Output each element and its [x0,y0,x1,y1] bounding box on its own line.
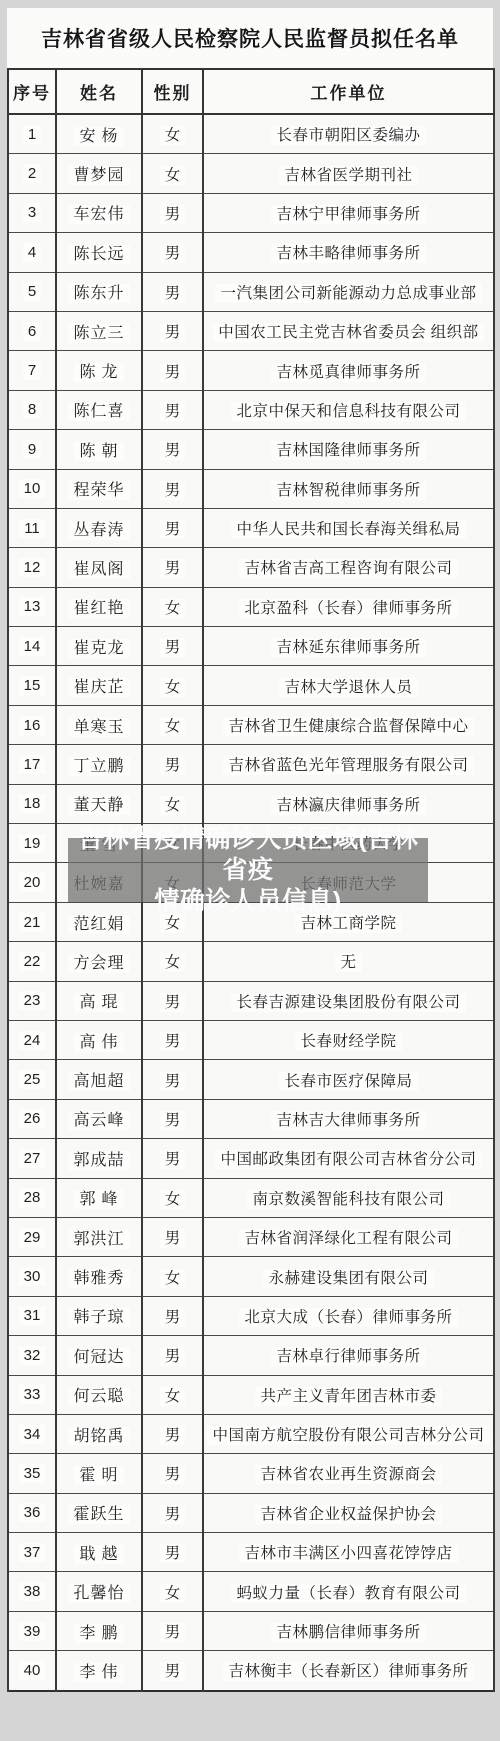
row-unit-text: 吉林工商学院 [295,914,401,933]
row-name-cell: 何冠达 [56,1336,142,1375]
row-name-cell: 车宏伟 [56,193,142,232]
row-unit-cell: 吉林市丰满区小四喜花饽饽店 [203,1533,494,1572]
row-name-text: 崔红艳 [68,599,129,618]
row-seq-text: 13 [19,597,46,616]
row-unit-cell: 吉林省吉高工程咨询有限公司 [203,548,494,587]
row-seq-cell: 29 [8,1217,56,1256]
header-unit: 工作单位 [203,69,494,114]
table-row: 5 陈东升 男 一汽集团公司新能源动力总成事业部 [8,272,494,311]
row-gender-text: 女 [160,1269,186,1288]
row-gender-cell: 男 [142,1651,203,1691]
row-seq-text: 27 [19,1149,46,1168]
row-unit-cell: 中国南方航空股份有限公司吉林分公司 [203,1414,494,1453]
row-unit-text: 吉林衡丰（长春新区）律师事务所 [223,1662,473,1681]
table-row: 4 陈长远 男 吉林丰略律师事务所 [8,233,494,272]
row-unit-cell: 吉林延东律师事务所 [203,627,494,666]
row-seq-cell: 36 [8,1493,56,1532]
row-name-cell: 崔凤阁 [56,548,142,587]
table-row: 35 霍 明 男 吉林省农业再生资源商会 [8,1454,494,1493]
row-name-cell: 高旭超 [56,1060,142,1099]
row-unit-text: 吉林吉大律师事务所 [271,1111,425,1130]
row-gender-text: 女 [160,1190,186,1209]
row-gender-cell: 女 [142,666,203,705]
row-seq-cell: 18 [8,784,56,823]
row-gender-text: 男 [160,481,186,500]
row-gender-text: 女 [160,126,186,145]
row-name-text: 郭洪江 [68,1230,129,1249]
row-seq-text: 14 [19,637,46,656]
row-name-text: 方会理 [68,954,129,973]
row-seq-cell: 13 [8,587,56,626]
row-seq-cell: 14 [8,627,56,666]
table-row: 11 丛春涛 男 中华人民共和国长春海关缉私局 [8,508,494,547]
table-row: 22 方会理 女 无 [8,942,494,981]
row-seq-text: 20 [19,873,46,892]
row-gender-cell: 男 [142,1099,203,1138]
row-gender-text: 男 [160,1308,186,1327]
row-name-cell: 方会理 [56,942,142,981]
row-seq-cell: 26 [8,1099,56,1138]
table-row: 32 何冠达 男 吉林卓行律师事务所 [8,1336,494,1375]
row-gender-cell: 男 [142,272,203,311]
row-seq-text: 22 [19,952,46,971]
row-unit-text: 一汽集团公司新能源动力总成事业部 [215,284,481,303]
row-name-cell: 陈东升 [56,272,142,311]
row-seq-cell: 11 [8,508,56,547]
row-name-cell: 曹梦园 [56,154,142,193]
row-seq-text: 35 [19,1464,46,1483]
row-gender-cell: 男 [142,508,203,547]
row-gender-text: 男 [160,284,186,303]
row-name-cell: 高 伟 [56,1020,142,1059]
row-gender-text: 男 [160,1465,186,1484]
row-gender-cell: 男 [142,1060,203,1099]
row-name-text: 丛春涛 [68,521,129,540]
row-seq-text: 21 [19,913,46,932]
row-gender-text: 男 [160,1229,186,1248]
row-gender-text: 女 [160,599,186,618]
table-row: 29 郭洪江 男 吉林省润泽绿化工程有限公司 [8,1217,494,1256]
row-name-cell: 董天静 [56,784,142,823]
row-gender-cell: 女 [142,784,203,823]
row-unit-cell: 吉林省蓝色光年管理服务有限公司 [203,745,494,784]
row-unit-text: 吉林省卫生健康综合监督保障中心 [223,717,473,736]
row-unit-cell: 长春市医疗保障局 [203,1060,494,1099]
table-row: 6 陈立三 男 中国农工民主党吉林省委员会 组织部 [8,311,494,350]
row-name-cell: 霍跃生 [56,1493,142,1532]
row-name-cell: 陈仁喜 [56,390,142,429]
row-name-cell: 韩子琼 [56,1296,142,1335]
row-unit-cell: 吉林宁甲律师事务所 [203,193,494,232]
row-name-text: 何冠达 [68,1348,129,1367]
row-seq-text: 24 [19,1031,46,1050]
table-header-row: 序号 姓名 性别 工作单位 [8,69,494,114]
row-name-cell: 高云峰 [56,1099,142,1138]
row-seq-cell: 2 [8,154,56,193]
row-name-cell: 戢 越 [56,1533,142,1572]
row-seq-text: 5 [23,282,41,301]
row-unit-cell: 北京盈科（长春）律师事务所 [203,587,494,626]
row-name-text: 霍跃生 [68,1505,129,1524]
row-gender-text: 女 [160,1387,186,1406]
row-seq-text: 40 [19,1661,46,1680]
row-seq-cell: 38 [8,1572,56,1611]
row-gender-text: 男 [160,1150,186,1169]
row-gender-cell: 男 [142,1296,203,1335]
table-row: 34 胡铭禹 男 中国南方航空股份有限公司吉林分公司 [8,1414,494,1453]
row-gender-text: 男 [160,1544,186,1563]
row-gender-cell: 女 [142,705,203,744]
row-unit-cell: 吉林大学退休人员 [203,666,494,705]
row-gender-cell: 男 [142,1493,203,1532]
row-name-cell: 安 杨 [56,114,142,154]
row-unit-cell: 蚂蚁力量（长春）教育有限公司 [203,1572,494,1611]
row-seq-cell: 3 [8,193,56,232]
row-unit-text: 吉林觅真律师事务所 [271,363,425,382]
watermark-overlay: 吉林省疫情确诊人员区域(吉林省疫 情确诊人员信息) [68,838,428,902]
row-seq-cell: 4 [8,233,56,272]
row-seq-text: 11 [19,519,45,538]
row-name-text: 高 琨 [74,993,123,1012]
table-row: 15 崔庆芷 女 吉林大学退休人员 [8,666,494,705]
row-seq-cell: 24 [8,1020,56,1059]
row-name-cell: 丁立鹏 [56,745,142,784]
row-seq-cell: 9 [8,430,56,469]
row-unit-text: 中国农工民主党吉林省委员会 组织部 [213,323,483,342]
row-unit-cell: 长春市朝阳区委编办 [203,114,494,154]
row-seq-cell: 15 [8,666,56,705]
row-seq-cell: 5 [8,272,56,311]
row-seq-text: 9 [23,440,41,459]
row-seq-cell: 33 [8,1375,56,1414]
row-name-text: 曹梦园 [68,166,129,185]
row-unit-cell: 共产主义青年团吉林市委 [203,1375,494,1414]
row-name-cell: 陈 龙 [56,351,142,390]
row-seq-text: 17 [19,755,46,774]
row-unit-cell: 中国邮政集团有限公司吉林省分公司 [203,1139,494,1178]
row-seq-text: 34 [19,1425,46,1444]
row-gender-text: 女 [160,796,186,815]
row-name-text: 程荣华 [68,481,129,500]
row-seq-text: 37 [19,1543,46,1562]
table-row: 26 高云峰 男 吉林吉大律师事务所 [8,1099,494,1138]
row-seq-cell: 34 [8,1414,56,1453]
document-page: { "doc": { "title": "吉林省省级人民检察院人民监督员拟任名单… [0,0,500,1741]
row-unit-text: 吉林市丰满区小四喜花饽饽店 [239,1544,457,1563]
row-unit-text: 中国南方航空股份有限公司吉林分公司 [207,1426,489,1445]
row-unit-cell: 北京中保天和信息科技有限公司 [203,390,494,429]
row-seq-cell: 40 [8,1651,56,1691]
row-name-cell: 陈长远 [56,233,142,272]
row-name-text: 高云峰 [68,1111,129,1130]
row-name-text: 董天静 [68,796,129,815]
row-seq-text: 18 [19,794,46,813]
row-seq-cell: 16 [8,705,56,744]
row-seq-text: 1 [23,125,41,144]
row-name-text: 孔馨怡 [68,1584,129,1603]
row-unit-cell: 吉林瀛庆律师事务所 [203,784,494,823]
row-seq-cell: 21 [8,902,56,941]
row-unit-cell: 一汽集团公司新能源动力总成事业部 [203,272,494,311]
row-unit-text: 吉林宁甲律师事务所 [271,205,425,224]
row-gender-text: 男 [160,520,186,539]
row-unit-cell: 吉林鹏信律师事务所 [203,1611,494,1650]
row-name-text: 何云聪 [68,1387,129,1406]
row-gender-cell: 女 [142,1257,203,1296]
row-seq-text: 38 [19,1582,46,1601]
row-gender-cell: 男 [142,469,203,508]
row-gender-cell: 男 [142,311,203,350]
row-unit-text: 吉林鹏信律师事务所 [271,1623,425,1642]
row-gender-text: 女 [160,717,186,736]
table-row: 36 霍跃生 男 吉林省企业权益保护协会 [8,1493,494,1532]
row-name-text: 陈长远 [68,245,129,264]
row-unit-cell: 吉林衡丰（长春新区）律师事务所 [203,1651,494,1691]
row-gender-cell: 女 [142,114,203,154]
row-name-text: 胡铭禹 [68,1427,129,1446]
row-unit-cell: 吉林省农业再生资源商会 [203,1454,494,1493]
row-gender-text: 女 [160,953,186,972]
row-unit-cell: 吉林丰略律师事务所 [203,233,494,272]
row-name-text: 戢 越 [74,1545,123,1564]
row-gender-cell: 男 [142,627,203,666]
row-unit-cell: 北京大成（长春）律师事务所 [203,1296,494,1335]
row-seq-cell: 6 [8,311,56,350]
row-seq-text: 39 [19,1622,46,1641]
row-seq-cell: 19 [8,824,56,863]
row-gender-cell: 男 [142,193,203,232]
row-gender-text: 男 [160,993,186,1012]
row-name-cell: 胡铭禹 [56,1414,142,1453]
row-seq-text: 36 [19,1503,46,1522]
row-name-text: 陈 龙 [74,363,123,382]
row-unit-cell: 中华人民共和国长春海关缉私局 [203,508,494,547]
row-unit-cell: 永赫建设集团有限公司 [203,1257,494,1296]
row-gender-cell: 男 [142,1533,203,1572]
row-unit-text: 吉林大学退休人员 [279,678,417,697]
row-name-text: 崔克龙 [68,639,129,658]
row-seq-cell: 32 [8,1336,56,1375]
row-gender-cell: 男 [142,1336,203,1375]
row-name-cell: 孔馨怡 [56,1572,142,1611]
row-seq-text: 6 [23,322,41,341]
row-seq-text: 28 [19,1188,46,1207]
row-unit-text: 长春吉源建设集团股份有限公司 [231,993,465,1012]
row-unit-cell: 吉林省润泽绿化工程有限公司 [203,1217,494,1256]
table-row: 30 韩雅秀 女 永赫建设集团有限公司 [8,1257,494,1296]
row-gender-text: 男 [160,638,186,657]
row-name-text: 李 鹏 [74,1624,123,1643]
row-unit-cell: 长春吉源建设集团股份有限公司 [203,981,494,1020]
row-name-text: 郭 峰 [74,1190,123,1209]
table-row: 28 郭 峰 女 南京数溪智能科技有限公司 [8,1178,494,1217]
row-seq-cell: 35 [8,1454,56,1493]
row-name-text: 车宏伟 [68,205,129,224]
row-gender-cell: 女 [142,154,203,193]
table-row: 7 陈 龙 男 吉林觅真律师事务所 [8,351,494,390]
row-name-cell: 郭成喆 [56,1139,142,1178]
row-name-cell: 李 鹏 [56,1611,142,1650]
row-name-text: 高 伟 [74,1033,123,1052]
header-gender: 性别 [142,69,203,114]
row-seq-cell: 31 [8,1296,56,1335]
row-name-text: 高旭超 [68,1072,129,1091]
row-unit-cell: 吉林觅真律师事务所 [203,351,494,390]
row-name-cell: 崔克龙 [56,627,142,666]
row-seq-cell: 7 [8,351,56,390]
row-gender-cell: 男 [142,233,203,272]
row-unit-text: 南京数溪智能科技有限公司 [247,1190,449,1209]
row-unit-text: 吉林省润泽绿化工程有限公司 [239,1229,457,1248]
row-gender-text: 男 [160,1032,186,1051]
row-name-text: 崔庆芷 [68,678,129,697]
row-gender-text: 男 [160,559,186,578]
row-gender-text: 女 [160,678,186,697]
row-unit-text: 共产主义青年团吉林市委 [255,1387,441,1406]
row-name-cell: 程荣华 [56,469,142,508]
row-gender-cell: 男 [142,1454,203,1493]
row-gender-text: 男 [160,363,186,382]
row-gender-cell: 男 [142,1020,203,1059]
row-name-text: 郭成喆 [68,1151,129,1170]
row-gender-cell: 男 [142,430,203,469]
row-unit-text: 吉林延东律师事务所 [271,638,425,657]
row-gender-text: 男 [160,1662,186,1681]
row-seq-text: 32 [19,1346,46,1365]
row-name-text: 崔凤阁 [68,560,129,579]
row-seq-cell: 30 [8,1257,56,1296]
row-name-text: 丁立鹏 [68,757,129,776]
table-row: 31 韩子琼 男 北京大成（长春）律师事务所 [8,1296,494,1335]
table-row: 16 单寒玉 女 吉林省卫生健康综合监督保障中心 [8,705,494,744]
row-name-cell: 霍 明 [56,1454,142,1493]
row-name-cell: 丛春涛 [56,508,142,547]
table-row: 23 高 琨 男 长春吉源建设集团股份有限公司 [8,981,494,1020]
row-name-cell: 郭洪江 [56,1217,142,1256]
row-unit-cell: 吉林吉大律师事务所 [203,1099,494,1138]
row-seq-text: 8 [23,400,41,419]
row-gender-cell: 男 [142,1611,203,1650]
row-name-cell: 崔庆芷 [56,666,142,705]
row-unit-text: 中国邮政集团有限公司吉林省分公司 [215,1150,481,1169]
row-seq-text: 2 [23,164,41,183]
row-gender-cell: 男 [142,548,203,587]
table-row: 18 董天静 女 吉林瀛庆律师事务所 [8,784,494,823]
row-name-text: 陈东升 [68,284,129,303]
row-name-cell: 陈立三 [56,311,142,350]
row-seq-text: 33 [19,1385,46,1404]
row-name-text: 单寒玉 [68,718,129,737]
row-gender-text: 男 [160,244,186,263]
row-gender-cell: 女 [142,1572,203,1611]
row-unit-text: 北京中保天和信息科技有限公司 [231,402,465,421]
table-row: 33 何云聪 女 共产主义青年团吉林市委 [8,1375,494,1414]
row-unit-cell: 吉林省卫生健康综合监督保障中心 [203,705,494,744]
row-gender-cell: 男 [142,351,203,390]
row-gender-text: 女 [160,1584,186,1603]
row-seq-text: 16 [19,716,46,735]
table-row: 27 郭成喆 男 中国邮政集团有限公司吉林省分公司 [8,1139,494,1178]
table-row: 10 程荣华 男 吉林智税律师事务所 [8,469,494,508]
row-unit-text: 永赫建设集团有限公司 [263,1269,433,1288]
table-row: 8 陈仁喜 男 北京中保天和信息科技有限公司 [8,390,494,429]
row-seq-text: 15 [19,676,46,695]
row-unit-cell: 吉林国隆律师事务所 [203,430,494,469]
row-name-text: 霍 明 [74,1466,123,1485]
row-unit-cell: 中国农工民主党吉林省委员会 组织部 [203,311,494,350]
row-gender-text: 男 [160,756,186,775]
row-unit-text: 中华人民共和国长春海关缉私局 [231,520,465,539]
row-unit-text: 吉林省吉高工程咨询有限公司 [239,559,457,578]
row-name-cell: 高 琨 [56,981,142,1020]
row-gender-text: 男 [160,441,186,460]
row-gender-text: 女 [160,166,186,185]
row-gender-text: 男 [160,402,186,421]
row-unit-text: 吉林丰略律师事务所 [271,244,425,263]
row-unit-text: 长春财经学院 [295,1032,401,1051]
row-seq-text: 26 [19,1109,46,1128]
table-row: 13 崔红艳 女 北京盈科（长春）律师事务所 [8,587,494,626]
row-unit-cell: 吉林卓行律师事务所 [203,1336,494,1375]
row-seq-text: 4 [23,243,41,262]
row-unit-text: 吉林省农业再生资源商会 [255,1465,441,1484]
row-gender-cell: 男 [142,1414,203,1453]
row-name-text: 范红娟 [68,915,129,934]
row-name-cell: 何云聪 [56,1375,142,1414]
row-unit-text: 吉林卓行律师事务所 [271,1347,425,1366]
row-seq-text: 10 [19,479,46,498]
row-name-cell: 韩雅秀 [56,1257,142,1296]
table-row: 37 戢 越 男 吉林市丰满区小四喜花饽饽店 [8,1533,494,1572]
row-name-text: 陈仁喜 [68,402,129,421]
row-seq-cell: 22 [8,942,56,981]
row-seq-cell: 28 [8,1178,56,1217]
row-unit-text: 吉林瀛庆律师事务所 [271,796,425,815]
row-seq-text: 19 [19,834,46,853]
row-unit-cell: 南京数溪智能科技有限公司 [203,1178,494,1217]
row-seq-cell: 17 [8,745,56,784]
row-seq-text: 30 [19,1267,46,1286]
row-name-cell: 郭 峰 [56,1178,142,1217]
row-gender-cell: 男 [142,1139,203,1178]
row-gender-text: 男 [160,1072,186,1091]
row-gender-text: 男 [160,323,186,342]
row-name-text: 韩子琼 [68,1308,129,1327]
row-seq-text: 25 [19,1070,46,1089]
row-unit-text: 长春市医疗保障局 [279,1072,417,1091]
row-name-text: 韩雅秀 [68,1269,129,1288]
row-seq-cell: 8 [8,390,56,429]
row-seq-cell: 25 [8,1060,56,1099]
row-name-cell: 陈 朝 [56,430,142,469]
row-name-text: 陈立三 [68,324,129,343]
row-name-cell: 李 伟 [56,1651,142,1691]
table-row: 24 高 伟 男 长春财经学院 [8,1020,494,1059]
row-unit-text: 吉林省蓝色光年管理服务有限公司 [223,756,473,775]
table-row: 38 孔馨怡 女 蚂蚁力量（长春）教育有限公司 [8,1572,494,1611]
row-gender-cell: 女 [142,1375,203,1414]
header-name: 姓名 [56,69,142,114]
row-unit-cell: 吉林智税律师事务所 [203,469,494,508]
watermark-line1: 吉林省疫情确诊人员区域(吉林省疫 [68,824,428,886]
row-name-cell: 单寒玉 [56,705,142,744]
row-seq-text: 7 [23,361,41,380]
row-gender-text: 男 [160,205,186,224]
row-seq-cell: 10 [8,469,56,508]
row-seq-text: 31 [19,1306,46,1325]
row-gender-text: 男 [160,1111,186,1130]
row-name-text: 李 伟 [74,1663,123,1682]
